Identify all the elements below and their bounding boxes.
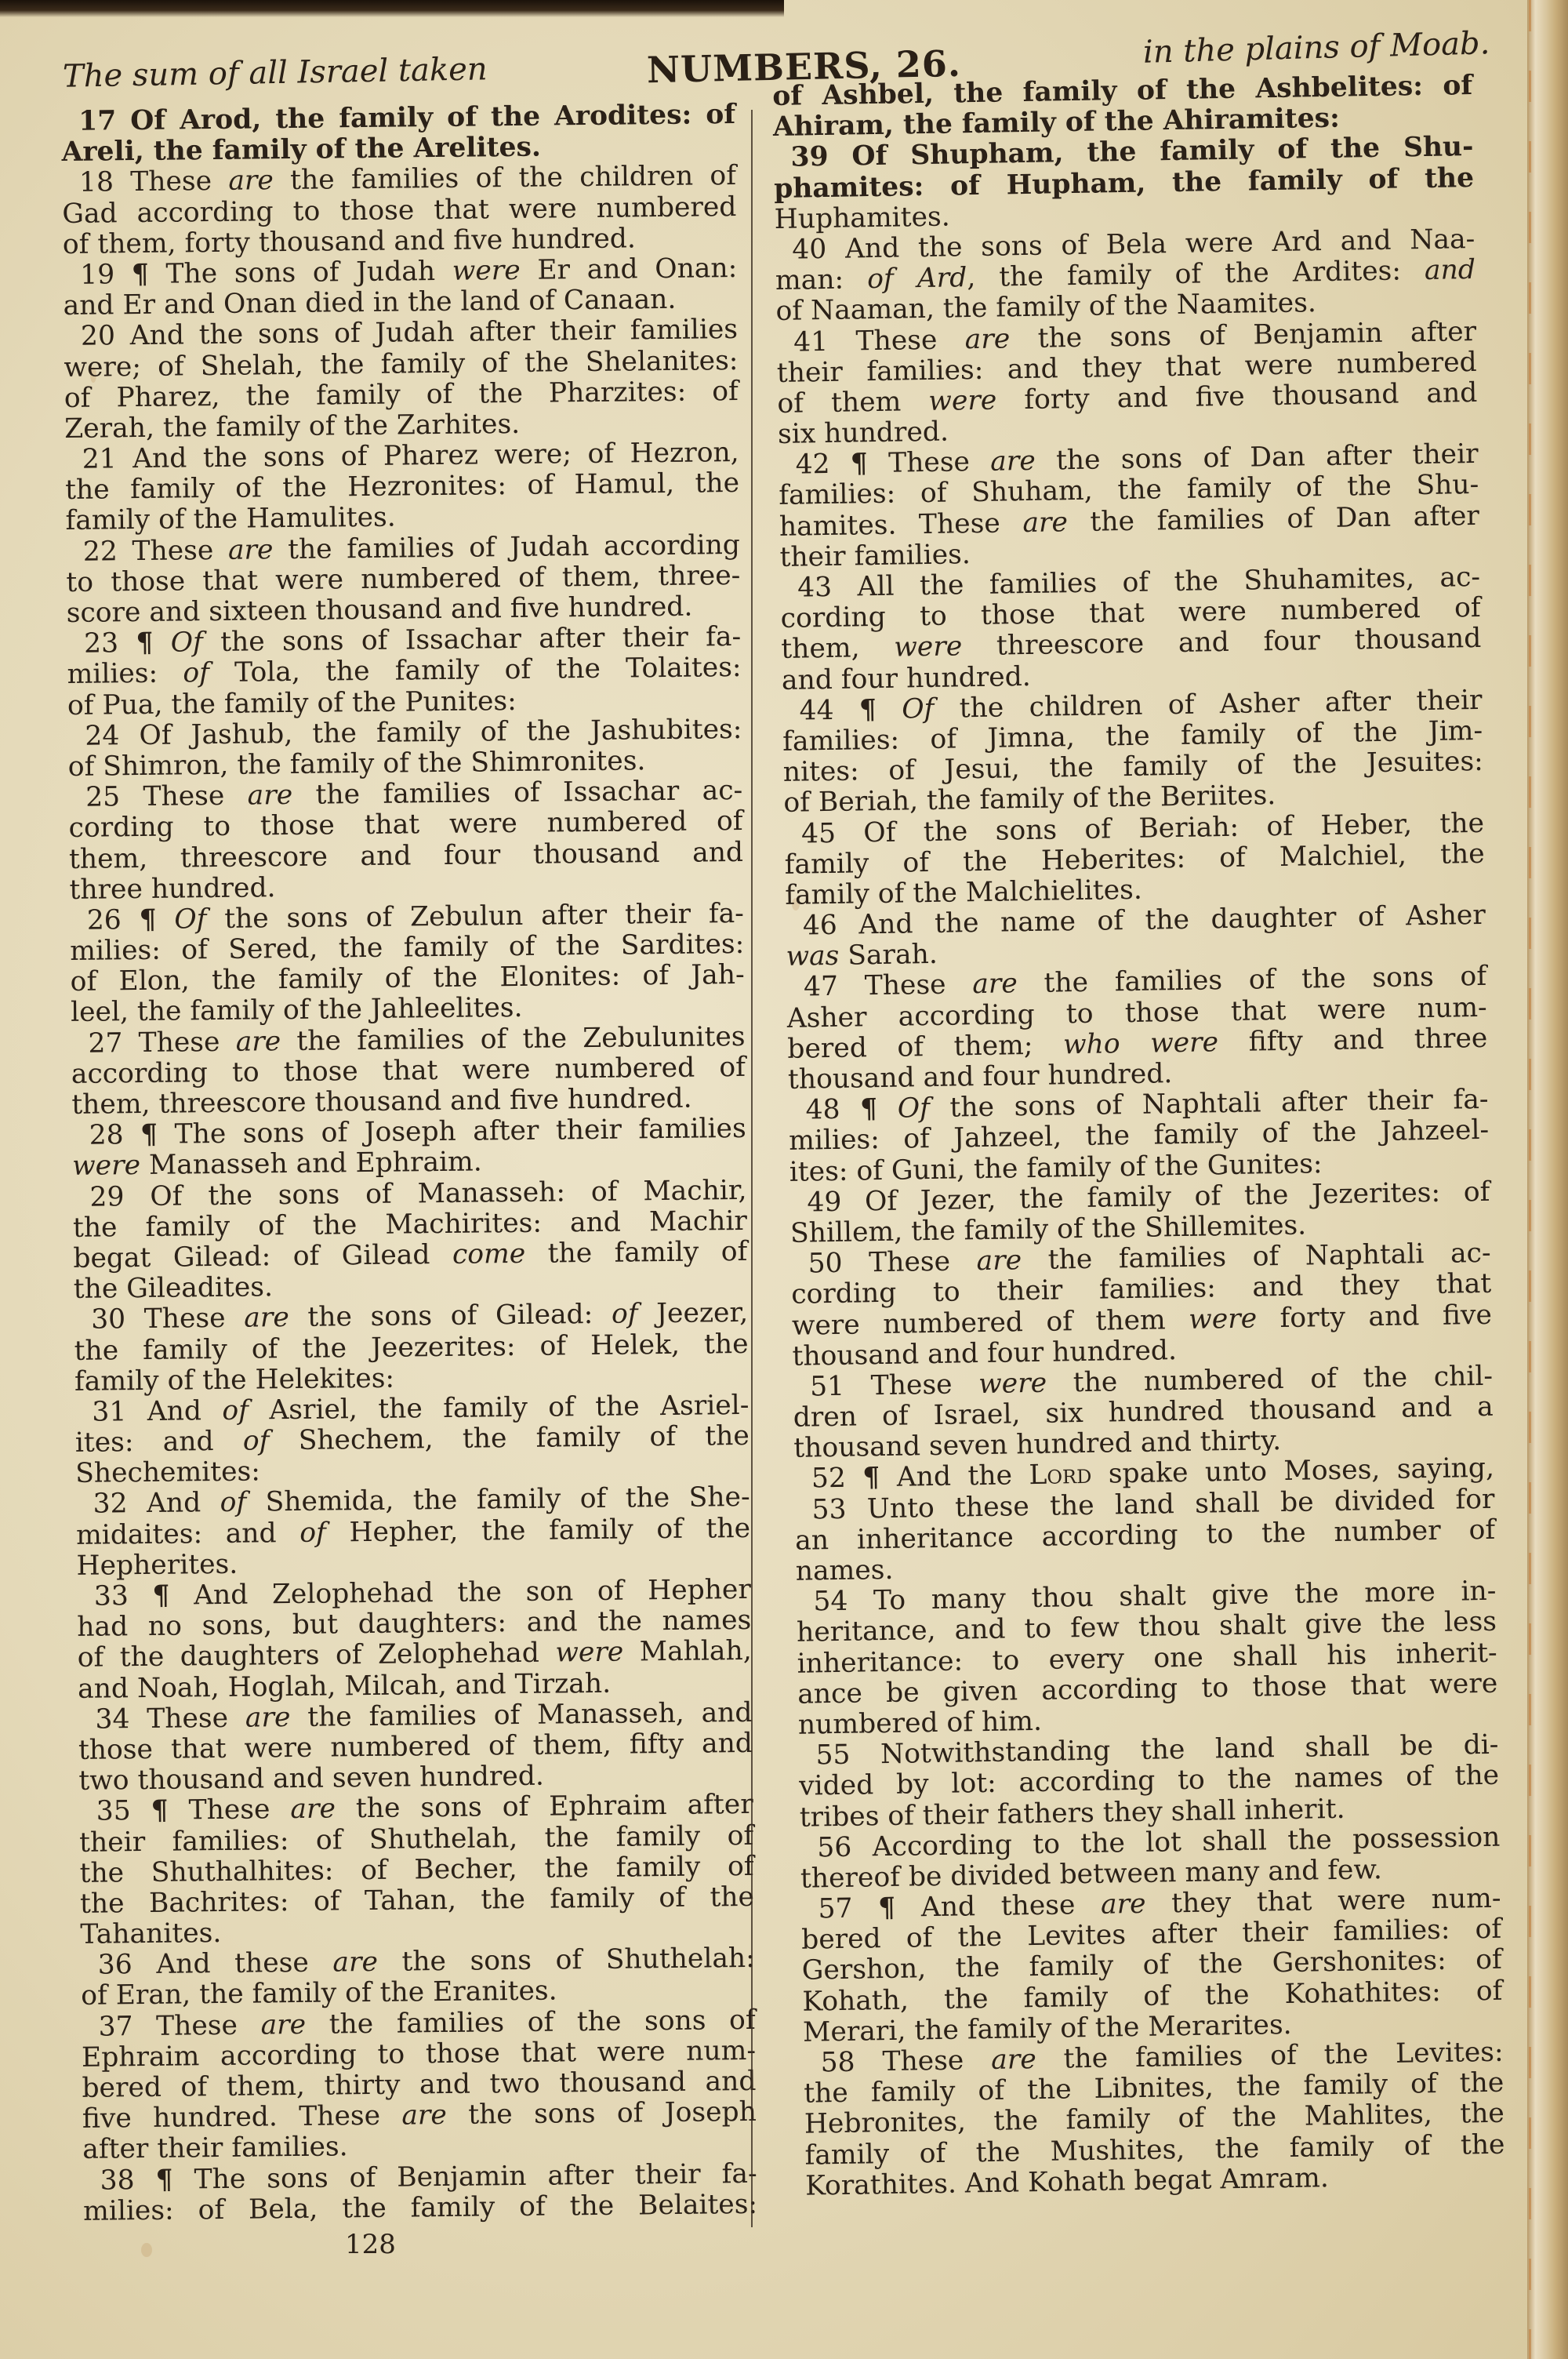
italic-text: of (220, 1487, 246, 1518)
italic-text: of (243, 1425, 270, 1456)
italic-text: and (1425, 254, 1475, 286)
text-run: begat Gilead: of Gilead (73, 1239, 452, 1274)
text-run: midaites: and (76, 1518, 300, 1551)
pilcrow-mark: ¶ (851, 448, 869, 479)
italic-text: are (1101, 1888, 1146, 1921)
italic-text: were (452, 255, 521, 287)
text-run: Jeezer, (637, 1297, 748, 1329)
text-run: three hundred. (69, 872, 275, 906)
pilcrow-mark: ¶ (132, 259, 149, 290)
pilcrow-mark: ¶ (139, 904, 156, 936)
italic-text: were (894, 631, 962, 663)
text-run (156, 903, 174, 935)
text-run: 32 And (93, 1487, 220, 1520)
text-run: the Gileadites. (74, 1271, 274, 1305)
text-run: 27 These (88, 1026, 236, 1059)
text-run: Manasseh and Ephraim. (140, 1147, 482, 1182)
text-run: 26 (87, 904, 140, 936)
text-run: Hepher, the family of the (326, 1513, 751, 1549)
text-run: 18 These (79, 165, 229, 198)
text-run: ites: and (75, 1426, 243, 1459)
text-run: of them (777, 386, 929, 420)
text-run: Shechem, the family of the (269, 1420, 750, 1456)
text-run: Huphamites. (774, 201, 949, 235)
italic-text: were (928, 384, 996, 416)
paper-stain (141, 2243, 152, 2257)
text-run: 52 (811, 1463, 863, 1495)
column-divider-rule (751, 110, 753, 2227)
italic-text: are (990, 445, 1036, 478)
text-run: And these (895, 1889, 1102, 1924)
text-run: 44 (799, 694, 859, 726)
text-run: Mahlah, (623, 1635, 752, 1668)
text-run: 37 These (98, 2009, 260, 2042)
text-run: These (168, 1794, 290, 1826)
text-run: 22 These (83, 534, 228, 567)
italic-text: are (260, 2008, 306, 2041)
text-run: family of the Helekites: (74, 1362, 394, 1397)
italic-text: of (183, 657, 209, 689)
page-number: 128 (345, 2229, 396, 2260)
text-run: the family of (525, 1236, 748, 1270)
text-run (877, 693, 902, 725)
text-run: bered of them; (787, 1029, 1063, 1065)
italic-text: of Ard (867, 262, 967, 295)
text-run: hamites. These (779, 507, 1023, 543)
text-run: 41 These (793, 324, 965, 358)
text-run: 42 (795, 449, 851, 481)
italic-text: are (991, 2044, 1036, 2076)
italic-text: are (332, 1946, 378, 1979)
italic-text: are (228, 165, 274, 198)
italic-text: are (245, 1702, 291, 1734)
text-run: 31 And (92, 1395, 222, 1428)
text-run: And the (880, 1460, 1029, 1494)
right-text-column: of Ashbel, the family of the Ashbelites:… (772, 71, 1505, 2202)
italic-text: are (228, 534, 274, 566)
left-text-column: 17 Of Arod, the family of the Arodites: … (61, 100, 757, 2227)
text-run: 23 (84, 627, 136, 660)
text-run: 30 These (91, 1303, 244, 1336)
pilcrow-mark: ¶ (136, 627, 153, 659)
text-run: Sarah. (839, 939, 938, 972)
text-run: their families. (779, 539, 971, 573)
text-run: 19 (80, 259, 132, 291)
italic-text: were (1189, 1303, 1257, 1335)
text-run: six hundred. (778, 416, 949, 450)
pilcrow-mark: ¶ (878, 1892, 896, 1924)
text-run (877, 1093, 898, 1125)
italic-text: were (555, 1637, 623, 1669)
pilcrow-mark: ¶ (140, 1119, 158, 1150)
text-run: the sons of Gilead: (289, 1299, 612, 1333)
text-run: the sons of Joseph (447, 2096, 757, 2131)
text-run: 38 (100, 2164, 155, 2196)
text-run: 36 And these (98, 1947, 333, 1981)
italic-text: who were (1063, 1027, 1219, 1060)
text-run: 33 (94, 1580, 153, 1612)
text-run: 57 (818, 1892, 878, 1925)
text-run: 51 These (810, 1369, 979, 1402)
text-run: 28 (89, 1119, 141, 1151)
italic-text: come (452, 1238, 526, 1270)
text-run: Hepherites. (76, 1549, 238, 1582)
text-run: fifty and three (1218, 1023, 1488, 1058)
italic-text: Of (897, 1092, 930, 1125)
text-run: 50 These (808, 1245, 977, 1279)
pilcrow-mark: ¶ (860, 1093, 878, 1125)
text-run: the sons of Ephraim after (336, 1789, 753, 1825)
text-run: The sons of Joseph after their families (158, 1113, 746, 1150)
page-edge-binding (1527, 0, 1568, 2359)
text-run: forty and five (1257, 1299, 1492, 1334)
text-run: These (868, 446, 991, 479)
text-run: them, (781, 632, 895, 665)
text-run: The sons of Judah (149, 256, 452, 290)
pilcrow-mark: ¶ (862, 1463, 880, 1494)
pilcrow-mark: ¶ (155, 2164, 172, 2195)
italic-text: are (976, 1245, 1022, 1277)
text-run: names. (796, 1554, 894, 1587)
italic-text: are (972, 969, 1018, 1001)
text-run: the families of Dan after (1068, 500, 1480, 538)
italic-text: are (964, 323, 1010, 355)
text-run: 48 (805, 1094, 860, 1126)
text-run: 58 These (820, 2045, 991, 2078)
pilcrow-mark: ¶ (152, 1580, 169, 1612)
pilcrow-mark: ¶ (859, 694, 877, 725)
italic-text: were (72, 1150, 140, 1182)
italic-text: are (244, 1302, 289, 1334)
text-run: man: (775, 264, 868, 296)
text-run: milies: (67, 658, 183, 691)
book-page: The sum of all Israel taken NUMBERS, 26.… (0, 0, 1527, 2359)
italic-text: of (222, 1394, 249, 1426)
text-line: milies: of Bela, the family of the Belai… (83, 2190, 757, 2227)
text-run: and four hundred. (782, 660, 1031, 696)
text-run: 25 These (85, 780, 248, 813)
text-run: numbered of him. (798, 1706, 1043, 1741)
text-run: 35 (96, 1795, 151, 1827)
text-run: Er and Onan: (520, 253, 737, 286)
italic-text: Of (902, 693, 935, 725)
text-run: 34 These (95, 1702, 245, 1735)
italic-text: are (247, 780, 292, 812)
italic-text: of (612, 1299, 638, 1330)
text-run: 47 These (804, 969, 973, 1003)
italic-text: Of (171, 627, 203, 658)
text-run: five hundred. These (82, 2100, 402, 2135)
header-left-caption: The sum of all Israel taken (63, 51, 488, 94)
text-run: family of the Hamulites. (65, 502, 396, 536)
header-right-caption: in the plains of Moab. (1142, 25, 1490, 71)
italic-text: was (786, 940, 839, 972)
italic-text: were (978, 1368, 1047, 1400)
text-run: Tahanites. (80, 1917, 221, 1950)
italic-text: of (299, 1517, 326, 1548)
text-run: Shechemites: (75, 1456, 260, 1489)
text-run (153, 627, 171, 659)
italic-text: are (235, 1026, 281, 1058)
text-run: Tola, the family of the Tolaites: (209, 652, 742, 689)
text-run: the sons of Shuthelah: (378, 1943, 755, 1978)
pilcrow-mark: ¶ (151, 1795, 168, 1826)
page-top-shadow (0, 0, 784, 17)
italic-text: are (1022, 507, 1068, 539)
text-run: milies: of Bela, the family of the Belai… (83, 2189, 757, 2227)
italic-text: are (401, 2099, 447, 2132)
text-run: after their families. (82, 2132, 348, 2166)
italic-text: Of (174, 903, 206, 935)
text-run: Lord (1029, 1459, 1092, 1491)
italic-text: are (290, 1794, 336, 1826)
